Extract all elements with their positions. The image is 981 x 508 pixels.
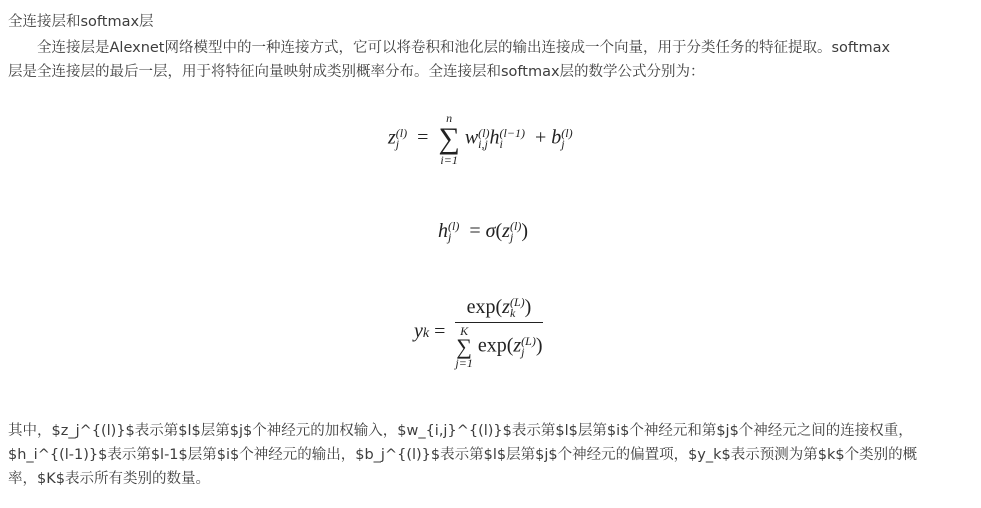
intro-line-1: 全连接层是Alexnet网络模型中的一种连接方式，它可以将卷积和池化层的输出连接… <box>8 37 890 59</box>
formula-activation: h(l)j = σ(z(l)j) <box>438 220 528 243</box>
explanation-line-2: $h_i^{(l-1)}$表示第$l-1$层第$i$个神经元的输出，$b_j^{… <box>8 444 917 466</box>
intro-line-2: 层是全连接层的最后一层，用于将特征向量映射成类别概率分布。全连接层和softma… <box>8 61 705 83</box>
section-title: 全连接层和softmax层 <box>8 11 154 33</box>
explanation-line-1: 其中，$z_j^{(l)}$表示第$l$层第$j$个神经元的加权输入，$w_{i… <box>8 420 913 442</box>
formula-softmax: yk = exp(z(L)k) K∑j=1 exp(z(L)j) <box>414 296 543 369</box>
formula-fully-connected: z(l)j = n∑i=1 w(l)i,jh(l−1)i + b(l)j <box>388 112 573 166</box>
explanation-line-3: 率，$K$表示所有类别的数量。 <box>8 468 210 490</box>
